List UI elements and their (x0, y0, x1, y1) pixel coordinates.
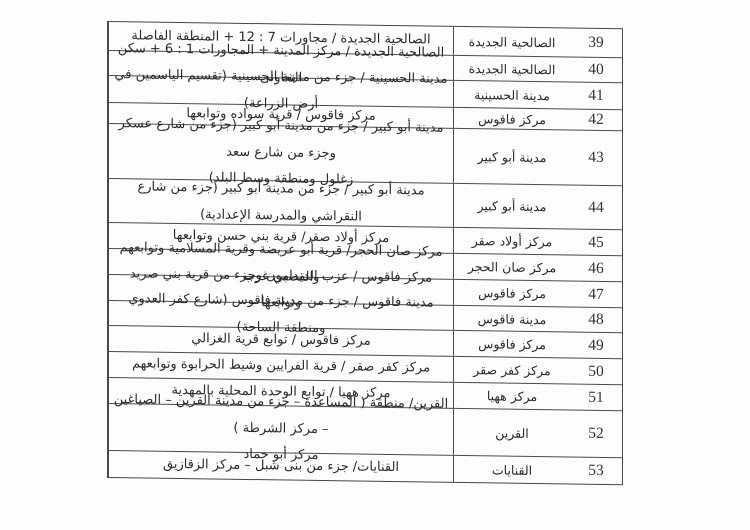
row-description: مركز كفر صقر / قرية الفرايين وشيط الحراب… (108, 352, 453, 382)
row-locality-name: مركز صان الحجر (453, 254, 570, 281)
row-serial-number: 44 (570, 185, 622, 229)
row-locality-name: القنايات (453, 456, 570, 484)
row-serial-number: 42 (570, 109, 622, 130)
scanned-page: الصالحية الجديدة / مجاورات 7 : 12 + المن… (0, 0, 750, 530)
row-serial-number: 46 (570, 255, 622, 281)
row-description: مدينة فاقوس / جزء من مدينة فاقوس (شارع ك… (108, 301, 453, 330)
row-locality-name: مدينة فاقوس (453, 306, 570, 332)
row-serial-number: 51 (570, 384, 622, 410)
row-description: القرين/ منطقة ( المساعدة – جزء من مدينة … (108, 404, 453, 455)
row-serial-number: 41 (570, 82, 622, 109)
row-locality-name: القرين (453, 409, 570, 457)
row-serial-number: 40 (570, 57, 622, 82)
row-serial-number: 39 (570, 28, 622, 57)
localities-table: الصالحية الجديدة / مجاورات 7 : 12 + المن… (107, 21, 623, 485)
row-locality-name: مدينة أبو كبير (453, 129, 570, 185)
row-locality-name: الصالحية الجديدة (453, 56, 570, 82)
row-description: القنايات/ جزء من بنى شبل – مركز الزقازيق (108, 451, 453, 482)
row-serial-number: 43 (570, 130, 622, 185)
row-locality-name: مركز فاقوس (453, 280, 570, 307)
table-row: القرين/ منطقة ( المساعدة – جزء من مدينة … (108, 404, 622, 458)
row-serial-number: 48 (570, 307, 622, 332)
row-serial-number: 50 (570, 358, 622, 384)
row-locality-name: مركز فاقوس (453, 108, 570, 130)
row-serial-number: 49 (570, 332, 622, 358)
row-locality-name: مركز أولاد صقر (453, 228, 570, 255)
row-serial-number: 52 (570, 410, 622, 457)
row-locality-name: مركز فاقوس (453, 331, 570, 358)
row-description: مدينة أبو كبير / جزء من مدينة أبو كبير (… (108, 179, 453, 227)
row-locality-name: الصالحية الجديدة (453, 27, 570, 57)
row-serial-number: 45 (570, 229, 622, 255)
row-serial-number: 47 (570, 281, 622, 307)
table-rows: الصالحية الجديدة / مجاورات 7 : 12 + المن… (108, 22, 622, 484)
row-locality-name: مدينة الحسينية (453, 81, 570, 109)
row-locality-name: مركز كفر صقر (453, 357, 570, 384)
row-serial-number: 53 (570, 457, 622, 484)
row-locality-name: مدينة أبو كبير (453, 184, 570, 229)
row-locality-name: مركز ههيا (453, 383, 570, 410)
